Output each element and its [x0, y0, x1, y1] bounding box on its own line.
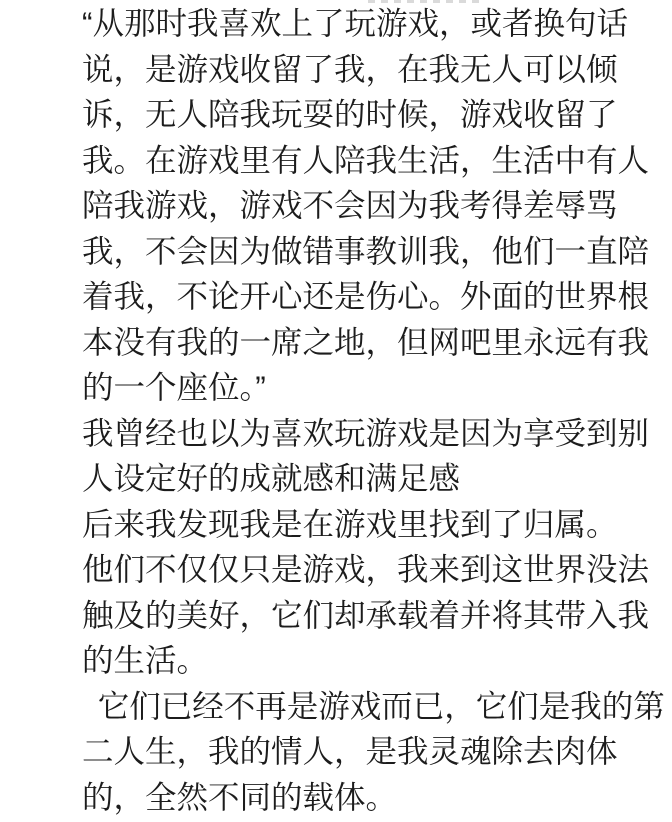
- text-line: 的一个座位。”: [0, 365, 672, 411]
- text-line: 我曾经也以为喜欢玩游戏是因为享受到别: [0, 411, 672, 457]
- text-line: 后来我发现我是在游戏里找到了归属。: [0, 502, 672, 548]
- text-line: “从那时我喜欢上了玩游戏，或者换句话: [0, 1, 672, 47]
- text-line: 诉，无人陪我玩耍的时候，游戏收留了: [0, 92, 672, 138]
- text-line: 本没有我的一席之地，但网吧里永远有我: [0, 320, 672, 366]
- text-line: 触及的美好，它们却承载着并将其带入我: [0, 593, 672, 639]
- text-line: 说，是游戏收留了我，在我无人可以倾: [0, 47, 672, 93]
- text-line: 人设定好的成就感和满足感: [0, 456, 672, 502]
- text-line: 我，不会因为做错事教训我，他们一直陪: [0, 229, 672, 275]
- text-line: 二人生，我的情人，是我灵魂除去肉体: [0, 729, 672, 775]
- text-line: 着我，不论开心还是伤心。外面的世界根: [0, 274, 672, 320]
- text-line: 我。在游戏里有人陪我生活，生活中有人: [0, 138, 672, 184]
- text-line: 的生活。: [0, 638, 672, 684]
- text-line: 它们已经不再是游戏而已，它们是我的第: [0, 684, 672, 730]
- text-line: 他们不仅仅只是游戏，我来到这世界没法: [0, 547, 672, 593]
- text-line: 陪我游戏，游戏不会因为我考得差辱骂: [0, 183, 672, 229]
- text-passage-page: { "page": { "background_color": "#ffffff…: [0, 0, 672, 822]
- text-passage: “从那时我喜欢上了玩游戏，或者换句话 说，是游戏收留了我，在我无人可以倾 诉，无…: [0, 1, 672, 820]
- text-line: 的，全然不同的载体。: [0, 775, 672, 821]
